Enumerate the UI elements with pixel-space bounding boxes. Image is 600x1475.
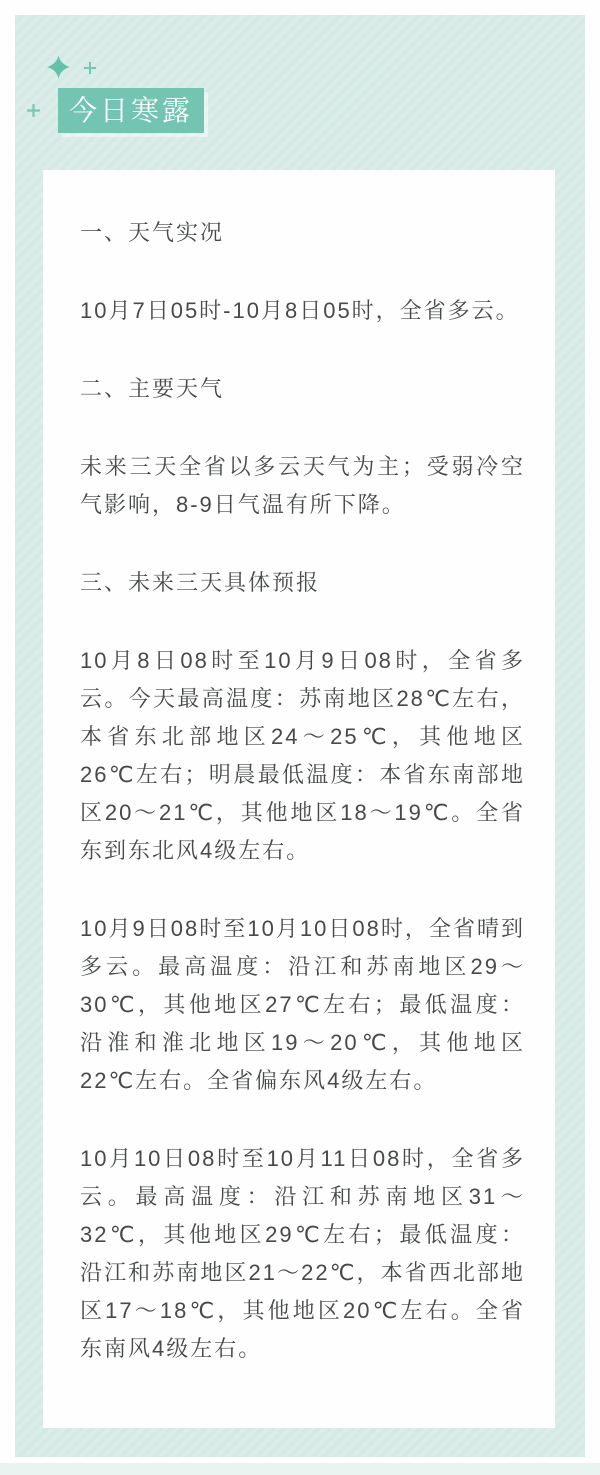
next-section-strip bbox=[0, 1463, 600, 1475]
sparkle-icon bbox=[47, 55, 70, 79]
section-heading: 二、主要天气 bbox=[80, 370, 525, 408]
mint-panel: 今日寒露 一、天气实况 10月7日05时-10月8日05时，全省多云。 二、主要… bbox=[15, 15, 585, 1457]
article-card: 一、天气实况 10月7日05时-10月8日05时，全省多云。 二、主要天气 未来… bbox=[43, 170, 555, 1428]
plus-icon bbox=[83, 61, 97, 75]
section-paragraph: 10月9日08时至10月10日08时，全省晴到多云。最高温度：沿江和苏南地区29… bbox=[80, 910, 525, 1100]
section-paragraph: 10月10日08时至10月11日08时，全省多云。最高温度：沿江和苏南地区31～… bbox=[80, 1140, 525, 1368]
section-paragraph: 未来三天全省以多云天气为主；受弱冷空气影响，8-9日气温有所下降。 bbox=[80, 448, 525, 524]
section-heading: 一、天气实况 bbox=[80, 214, 525, 252]
section-paragraph: 10月8日08时至10月9日08时，全省多云。今天最高温度：苏南地区28℃左右，… bbox=[80, 642, 525, 870]
section-heading: 三、未来三天具体预报 bbox=[80, 564, 525, 602]
section-paragraph: 10月7日05时-10月8日05时，全省多云。 bbox=[80, 292, 525, 330]
plus-icon bbox=[26, 103, 41, 118]
title-badge: 今日寒露 bbox=[58, 88, 204, 133]
